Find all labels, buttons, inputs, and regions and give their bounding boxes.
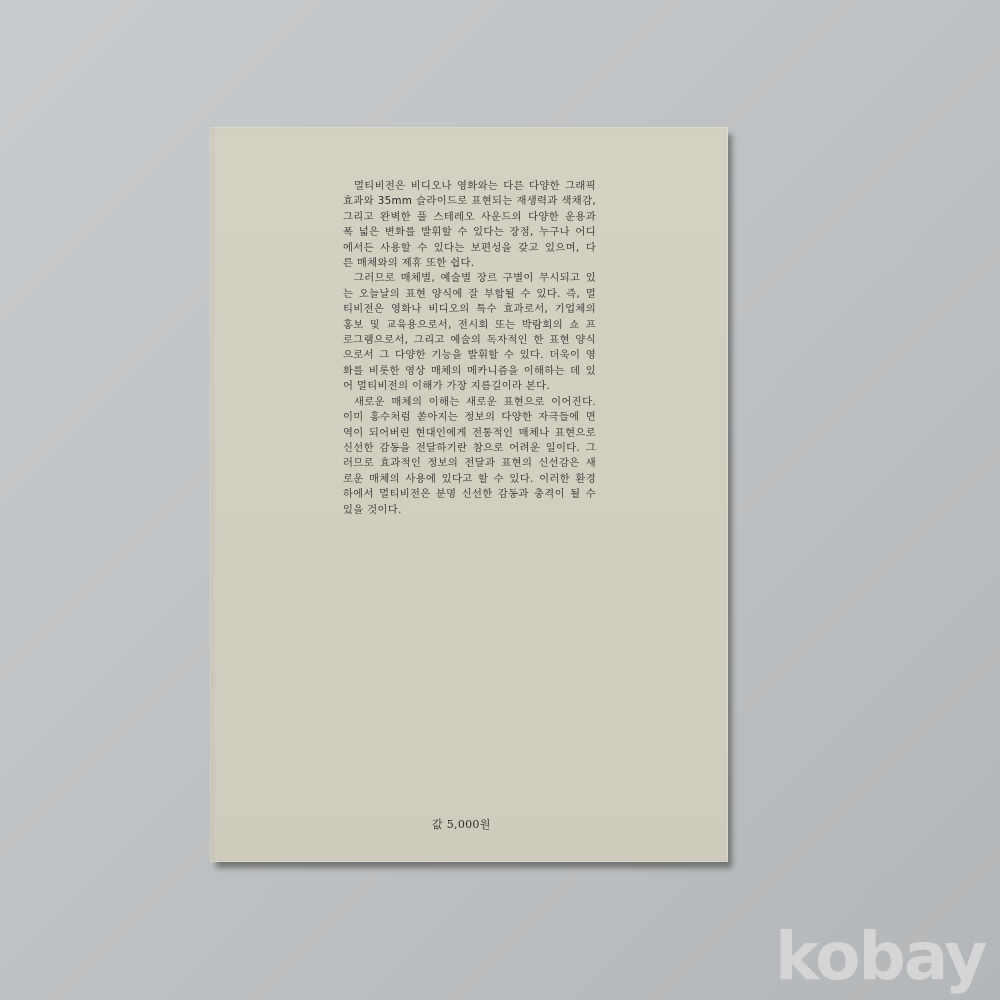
paragraph-1: 멀티비전은 비디오나 영화와는 다른 다양한 그래픽 효과와 35mm 슬라이드… bbox=[343, 179, 596, 271]
text-line: 로그램으로서, 그리고 예술의 독자적인 한 표현 양식 bbox=[343, 333, 596, 348]
paragraph-2: 그러므로 매체별, 예술별 장르 구별이 무시되고 있 는 오늘날의 표현 양식… bbox=[343, 271, 596, 394]
text-line: 티비전은 영화나 비디오의 특수 효과로서, 기업체의 bbox=[343, 302, 596, 317]
back-cover-blurb: 멀티비전은 비디오나 영화와는 다른 다양한 그래픽 효과와 35mm 슬라이드… bbox=[343, 179, 596, 518]
text-line: 그리고 완벽한 풀 스테레오 사운드의 다양한 운용과 bbox=[343, 210, 596, 225]
text-line: 효과와 35mm 슬라이드로 표현되는 재생력과 색채감, bbox=[343, 194, 596, 209]
text-line: 그러므로 매체별, 예술별 장르 구별이 무시되고 있 bbox=[343, 271, 596, 286]
text-line: 있을 것이다. bbox=[343, 503, 596, 518]
text-line: 어 멀티비전의 이해가 가장 지름길이라 본다. bbox=[343, 379, 596, 394]
text-line: 화를 비롯한 영상 매체의 메카니즘을 이해하는 데 있 bbox=[343, 364, 596, 379]
text-line: 으로서 그 다양한 기능을 발휘할 수 있다. 더욱이 영 bbox=[343, 348, 596, 363]
text-line: 에서든 사용할 수 있다는 보편성을 갖고 있으며, 다 bbox=[343, 241, 596, 256]
text-line: 하에서 멀티비전은 분명 신선한 감동과 충격이 될 수 bbox=[343, 487, 596, 502]
text-line: 신선한 감동을 전달하기란 참으로 어려운 일이다. 그 bbox=[343, 441, 596, 456]
text-line: 폭 넓은 변화를 발휘할 수 있다는 장점, 누구나 어디 bbox=[343, 225, 596, 240]
kobay-watermark: kobay bbox=[775, 918, 985, 995]
price-label: 값 5,000원 bbox=[432, 816, 512, 832]
paragraph-3: 새로운 매체의 이해는 새로운 표현으로 이어진다. 이미 홍수처럼 쏟아지는 … bbox=[343, 395, 596, 518]
text-line: 멀티비전은 비디오나 영화와는 다른 다양한 그래픽 bbox=[343, 179, 596, 194]
text-line: 로운 매체의 사용에 있다고 할 수 있다. 이러한 환경 bbox=[343, 472, 596, 487]
text-line: 이미 홍수처럼 쏟아지는 정보의 다양한 자극들에 면 bbox=[343, 410, 596, 425]
book-back-cover: 멀티비전은 비디오나 영화와는 다른 다양한 그래픽 효과와 35mm 슬라이드… bbox=[210, 127, 728, 862]
text-line: 러므로 효과적인 정보의 전달과 표현의 신선감은 새 bbox=[343, 456, 596, 471]
text-line: 홍보 및 교육용으로서, 전시회 또는 박람회의 쇼 프 bbox=[343, 318, 596, 333]
text-line: 는 오늘날의 표현 양식에 잘 부합될 수 있다. 즉, 멀 bbox=[343, 287, 596, 302]
text-line: 역이 되어버린 현대인에게 전통적인 매체나 표현으로 bbox=[343, 426, 596, 441]
text-line: 른 매체와의 제휴 또한 쉽다. bbox=[343, 256, 596, 271]
text-line: 새로운 매체의 이해는 새로운 표현으로 이어진다. bbox=[343, 395, 596, 410]
